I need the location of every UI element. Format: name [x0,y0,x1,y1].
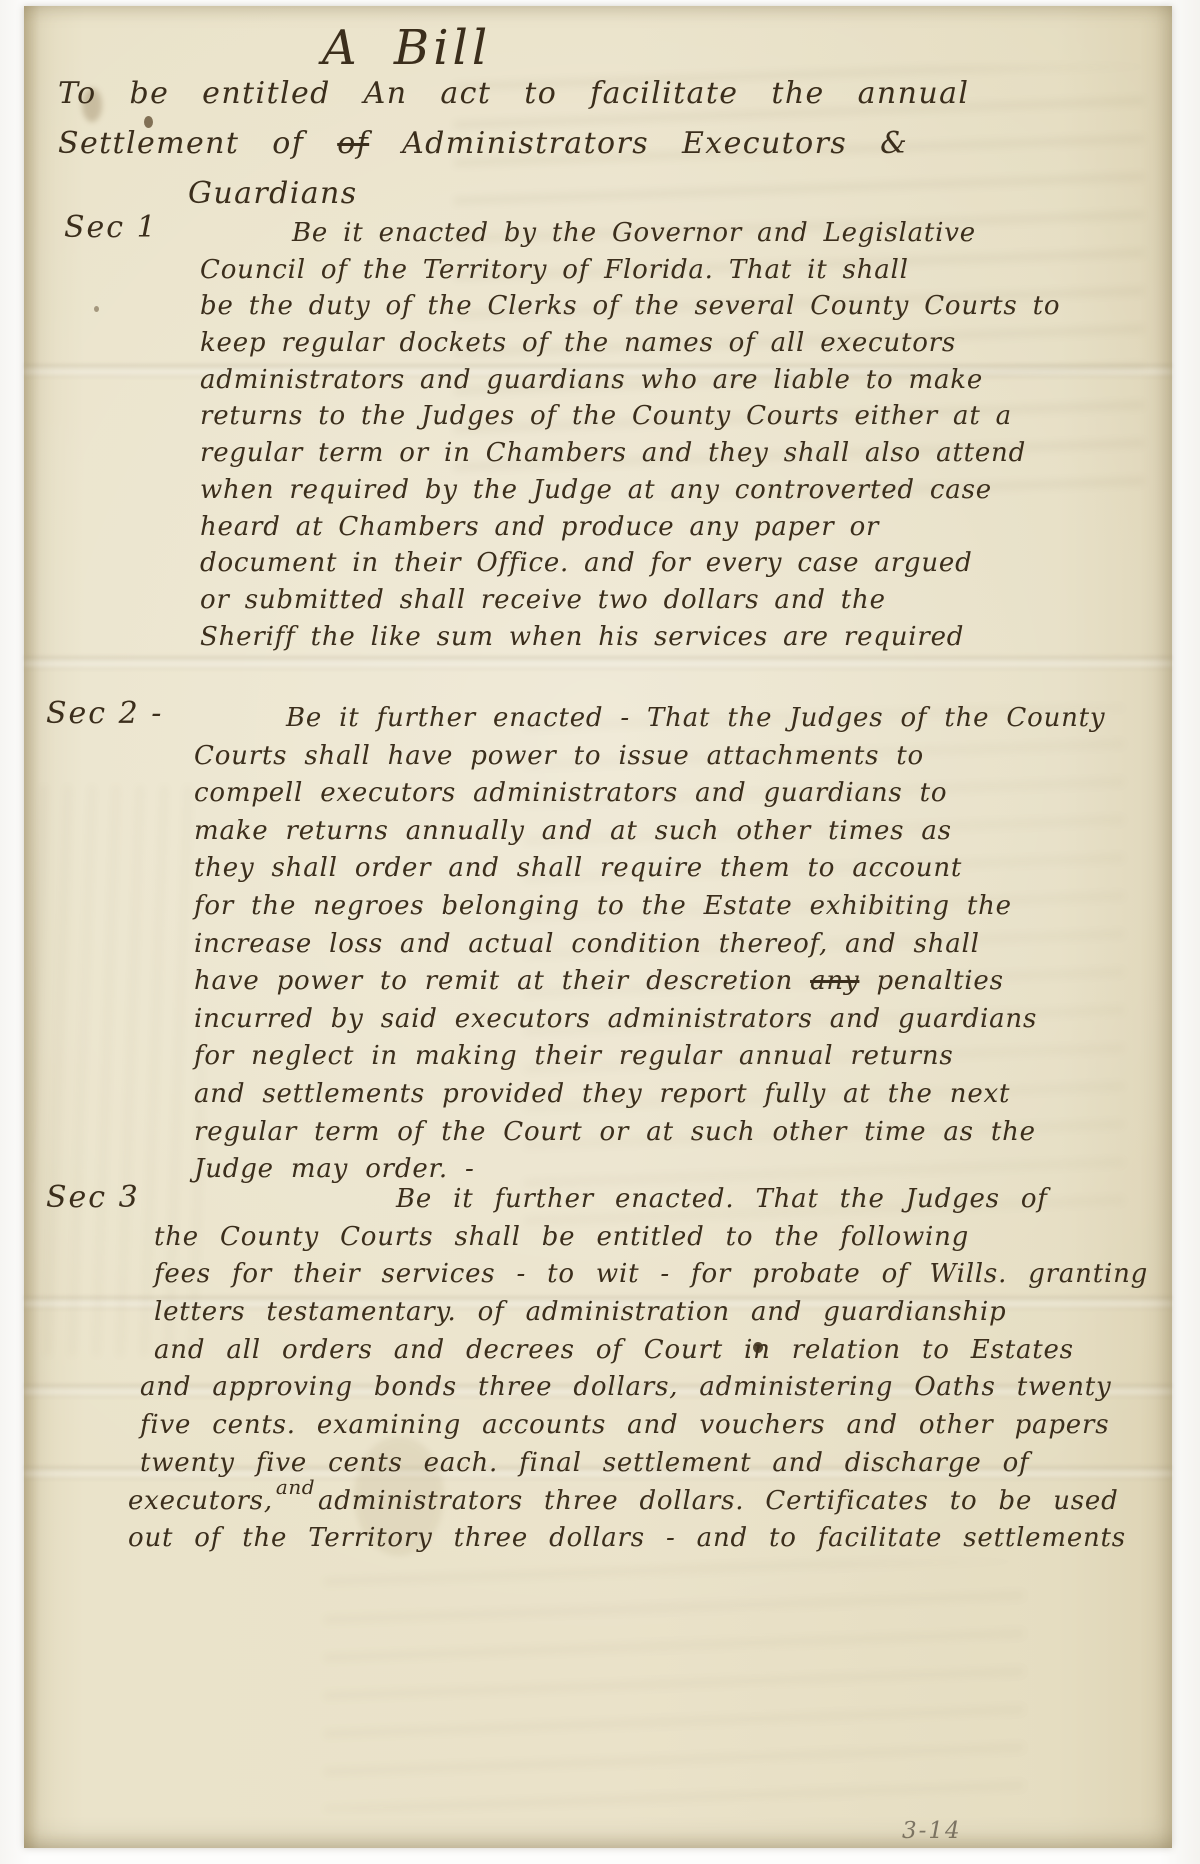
text-segment: have power to remit at their descretion [194,966,810,996]
manuscript-line: be the duty of the Clerks of the several… [200,291,1060,328]
manuscript-line: or submitted shall receive two dollars a… [200,585,1060,622]
text-segment: Administrators Executors & [369,126,908,161]
manuscript-line: five cents. examining accounts and vouch… [140,1410,1148,1448]
manuscript-line: keep regular dockets of the names of all… [200,328,1060,365]
text-segment: Be it further enacted - That the Judges … [286,703,1105,733]
manuscript-line: Be it enacted by the Governor and Legisl… [200,218,1060,255]
manuscript-line: for neglect in making their regular annu… [194,1041,1105,1079]
ink-speck [94,306,99,312]
text-segment: and settlements provided they report ful… [194,1079,1010,1109]
manuscript-line: Be it further enacted - That the Judges … [194,703,1105,741]
text-segment: Judge may order. - [194,1154,475,1184]
text-segment: regular term or in Chambers and they sha… [200,438,1026,468]
text-segment: Be it enacted by the Governor and Legisl… [292,218,976,248]
manuscript-line: Council of the Territory of Florida. Tha… [200,255,1060,292]
section-lines: Be it enacted by the Governor and Legisl… [200,218,1060,658]
manuscript-line: and settlements provided they report ful… [194,1079,1105,1117]
text-segment: Council of the Territory of Florida. Tha… [200,255,909,285]
manuscript-line: regular term of the Court or at such oth… [194,1117,1105,1155]
strike-segment: of [337,126,369,161]
text-segment: Courts shall have power to issue attachm… [194,741,924,771]
pencil-annotation: 3-14 [902,1818,962,1844]
text-segment: twenty five cents each. final settlement… [140,1448,1029,1478]
manuscript-line: and all orders and decrees of Court in r… [154,1335,1148,1373]
manuscript-line: Sheriff the like sum when his services a… [200,622,1060,659]
manuscript-line: Settlement of of Administrators Executor… [58,126,969,176]
section-label: Sec 1 [64,210,158,245]
manuscript-line: To be entitled An act to facilitate the … [58,76,969,126]
text-segment: Sheriff the like sum when his services a… [200,622,964,652]
text-segment: increase loss and actual condition there… [194,929,980,959]
manuscript-line: administrators and guardians who are lia… [200,365,1060,402]
text-segment: Guardians [188,176,358,211]
section-lines: Be it further enacted. That the Judges o… [154,1184,1148,1561]
section-label: Sec 2 - [46,696,163,731]
text-segment: document in their Office. and for every … [200,548,973,578]
manuscript-line: compell executors administrators and gua… [194,778,1105,816]
text-segment: Settlement of [58,126,337,161]
manuscript-line: the County Courts shall be entitled to t… [154,1222,1148,1260]
manuscript-line: executors,andadministrators three dollar… [128,1486,1148,1524]
manuscript-line: have power to remit at their descretion … [194,966,1105,1004]
text-segment: make returns annually and at such other … [194,816,952,846]
manuscript-line: out of the Territory three dollars - and… [128,1523,1148,1561]
bleedthrough-ghost [324,1561,1024,1811]
text-segment: letters testamentary. of administration … [154,1297,1006,1327]
text-segment: administrators three dollars. Certificat… [318,1486,1119,1516]
manuscript-line: they shall order and shall require them … [194,853,1105,891]
text-segment: penalties [859,966,1003,996]
text-segment: out of the Territory three dollars - and… [128,1523,1126,1553]
section-label: Sec 3 [46,1180,140,1215]
text-segment: the County Courts shall be entitled to t… [154,1222,969,1252]
text-segment: for the negroes belonging to the Estate … [194,891,1012,921]
insert-segment: and [276,1475,315,1499]
page-title: A Bill [322,20,491,76]
manuscript-page: A Bill To be entitled An act to facilita… [24,6,1172,1848]
manuscript-line: incurred by said executors administrator… [194,1004,1105,1042]
text-segment: for neglect in making their regular annu… [194,1041,954,1071]
text-segment: they shall order and shall require them … [194,853,962,883]
manuscript-line: increase loss and actual condition there… [194,929,1105,967]
heading-lines: To be entitled An act to facilitate the … [58,76,969,226]
text-segment: fees for their services - to wit - for p… [154,1259,1148,1289]
text-segment: To be entitled An act to facilitate the … [58,76,969,111]
text-segment: Be it further enacted. That the Judges o… [396,1184,1048,1214]
manuscript-line: letters testamentary. of administration … [154,1297,1148,1335]
manuscript-line: returns to the Judges of the County Cour… [200,401,1060,438]
manuscript-line: for the negroes belonging to the Estate … [194,891,1105,929]
manuscript-line: when required by the Judge at any contro… [200,475,1060,512]
text-segment: or submitted shall receive two dollars a… [200,585,886,615]
manuscript-line: and approving bonds three dollars, admin… [140,1372,1148,1410]
manuscript-line: Courts shall have power to issue attachm… [194,741,1105,779]
section-lines: Be it further enacted - That the Judges … [194,703,1105,1192]
text-segment: heard at Chambers and produce any paper … [200,512,879,542]
text-segment: when required by the Judge at any contro… [200,475,992,505]
text-segment: and approving bonds three dollars, admin… [140,1372,1112,1402]
text-segment: compell executors administrators and gua… [194,778,947,808]
text-segment: five cents. examining accounts and vouch… [140,1410,1109,1440]
strike-segment: any [810,966,859,996]
scan-background: A Bill To be entitled An act to facilita… [0,0,1200,1864]
text-segment: and all orders and decrees of Court in r… [154,1335,1074,1365]
text-segment: incurred by said executors administrator… [194,1004,1037,1034]
text-segment: be the duty of the Clerks of the several… [200,291,1060,321]
text-segment: regular term of the Court or at such oth… [194,1117,1036,1147]
manuscript-line: heard at Chambers and produce any paper … [200,512,1060,549]
manuscript-line: document in their Office. and for every … [200,548,1060,585]
manuscript-line: make returns annually and at such other … [194,816,1105,854]
manuscript-line: fees for their services - to wit - for p… [154,1259,1148,1297]
manuscript-line: regular term or in Chambers and they sha… [200,438,1060,475]
text-segment: returns to the Judges of the County Cour… [200,401,1012,431]
text-segment: executors, [128,1486,273,1516]
text-segment: keep regular dockets of the names of all… [200,328,956,358]
text-segment: administrators and guardians who are lia… [200,365,983,395]
manuscript-line: Be it further enacted. That the Judges o… [154,1184,1148,1222]
